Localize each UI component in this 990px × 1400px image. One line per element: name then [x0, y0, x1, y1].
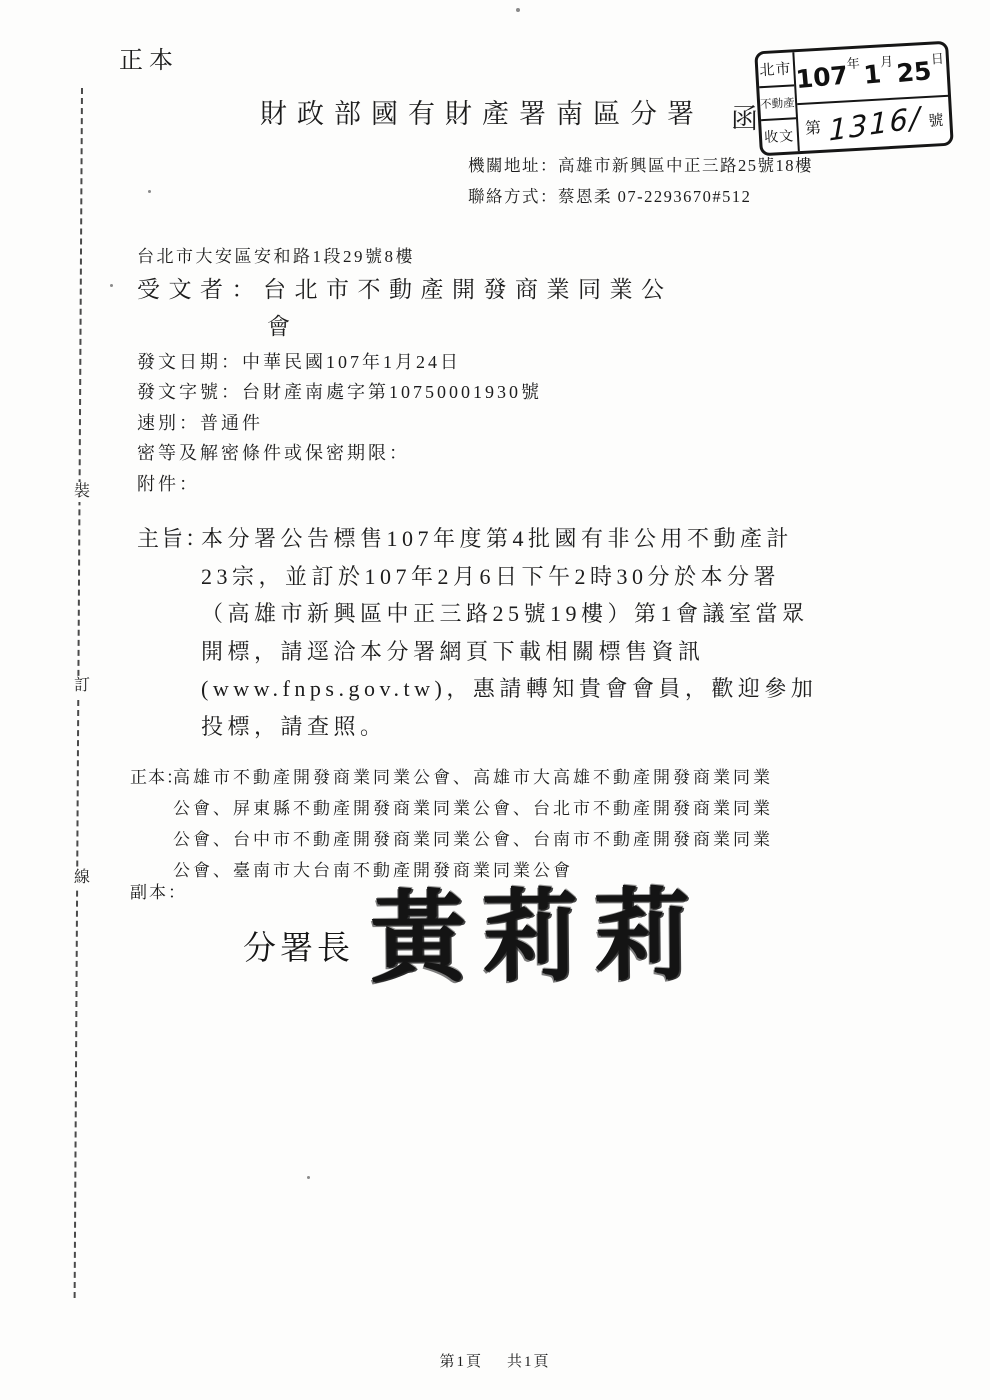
footer-page-number: 第1頁 — [439, 1350, 483, 1371]
priority-line: 速別：普通件 — [137, 408, 542, 438]
recipient-address: 台北市大安區安和路1段29號8樓 — [137, 242, 415, 267]
meta-block: 發文日期：中華民國107年1月24日 發文字號：台財產南處字第107500019… — [137, 347, 542, 499]
binding-mark-ding: 訂 — [70, 676, 94, 696]
subject-text-2: 23宗，並訂於107年2月6日下午2時30分於本分署 — [201, 558, 817, 596]
scan-speck — [307, 1176, 310, 1179]
org-address-line: 機關地址：高雄市新興區中正三路25號18樓 — [468, 150, 813, 181]
stamp-number-handwritten: 1316/ — [821, 99, 927, 149]
subject-label: 主旨： — [137, 520, 201, 558]
signature-block: 分署長 黃莉莉 — [243, 888, 706, 989]
stamp-org-receipt: 收文 — [761, 120, 797, 154]
subject-text-3: （高雄市新興區中正三路25號19樓）第1會議室當眾 — [201, 595, 817, 633]
subject-text-1: 本分署公告標售107年度第4批國有非公用不動產計 — [201, 526, 793, 551]
distribution-text-1: 高雄市不動產開發商業同業公會、高雄市大高雄不動產開發商業同業 — [173, 768, 773, 787]
distribution-text-3: 公會、台中市不動產開發商業同業公會、台南市不動產開發商業同業 — [173, 824, 773, 855]
stamp-number-suffix: 號 — [928, 109, 944, 131]
page-footer: 第1頁 共1頁 — [0, 1350, 990, 1371]
stamp-month-number: 1 — [862, 59, 882, 89]
signer-name-calligraphy: 黃莉莉 — [370, 884, 707, 992]
issue-date-line: 發文日期：中華民國107年1月24日 — [137, 347, 542, 377]
recipient-name-continued: 會 — [267, 308, 290, 341]
receipt-stamp: 北市 不動產 收文 107 年 1 月 25 日 第 1316/ 號 — [754, 41, 954, 157]
issuing-agency-title: 財政部國有財產署南區分署 — [260, 92, 704, 131]
scanned-letter-page: 裝 訂 線 正本 財政部國有財產署南區分署 函 北市 不動產 收文 107 年 … — [0, 0, 990, 1400]
scan-speck — [110, 284, 113, 287]
copy-type-label: 正本 — [119, 40, 179, 75]
stamp-org-city: 北市 — [757, 52, 793, 88]
org-contact-block: 機關地址：高雄市新興區中正三路25號18樓 聯絡方式：蔡恩柔 07-229367… — [468, 150, 813, 212]
distribution-label: 正本： — [130, 762, 173, 793]
org-contact-line: 聯絡方式：蔡恩柔 07-2293670#512 — [468, 181, 813, 212]
subject-line: 主旨：本分署公告標售107年度第4批國有非公用不動產計 — [137, 520, 817, 558]
recipient-name: 台北市不動產開發商業同業公 — [263, 277, 673, 302]
stamp-right-section: 107 年 1 月 25 日 第 1316/ 號 — [794, 44, 952, 151]
binding-mark-xian: 線 — [70, 868, 94, 888]
scan-speck — [148, 190, 151, 193]
distribution-block: 正本：高雄市不動產開發商業同業公會、高雄市大高雄不動產開發商業同業 公會、屏東縣… — [130, 762, 773, 886]
footer-page-total: 共1頁 — [507, 1350, 551, 1371]
scan-speck — [516, 8, 520, 12]
stamp-year-unit: 年 — [846, 51, 860, 73]
stamp-day-number: 25 — [895, 56, 932, 88]
distribution-line: 正本：高雄市不動產開發商業同業公會、高雄市大高雄不動產開發商業同業 — [130, 762, 773, 793]
stamp-year-number: 107 — [794, 60, 849, 94]
subject-text-5: (www.fnps.gov.tw)，惠請轉知貴會會員，歡迎參加 — [201, 670, 817, 708]
subject-text-6: 投標，請查照。 — [201, 708, 817, 746]
stamp-day-unit: 日 — [930, 46, 944, 68]
attachment-line: 附件： — [137, 469, 542, 499]
stamp-org-column: 北市 不動產 收文 — [757, 52, 799, 153]
stamp-number-prefix: 第 — [804, 115, 821, 139]
subject-block: 主旨：本分署公告標售107年度第4批國有非公用不動產計 23宗，並訂於107年2… — [137, 520, 817, 746]
binding-mark-zhuang: 裝 — [70, 482, 94, 502]
stamp-date-row: 107 年 1 月 25 日 — [794, 44, 949, 103]
signer-title: 分署長 — [243, 922, 354, 989]
document-type-label: 函 — [731, 97, 758, 136]
issue-number-line: 發文字號：台財產南處字第10750001930號 — [137, 377, 542, 407]
recipient-line: 受文者：台北市不動產開發商業同業公 — [137, 271, 673, 304]
distribution-text-2: 公會、屏東縣不動產開發商業同業公會、台北市不動產開發商業同業 — [173, 793, 773, 824]
subject-text-4: 開標，請逕洽本分署網頁下載相關標售資訊 — [201, 633, 817, 671]
cc-label: 副本： — [130, 878, 187, 903]
recipient-label: 受文者： — [137, 277, 263, 302]
classification-line: 密等及解密條件或保密期限： — [137, 438, 542, 468]
stamp-number-row: 第 1316/ 號 — [797, 94, 952, 151]
stamp-org-name: 不動產 — [759, 86, 795, 122]
stamp-month-unit: 月 — [879, 49, 893, 71]
